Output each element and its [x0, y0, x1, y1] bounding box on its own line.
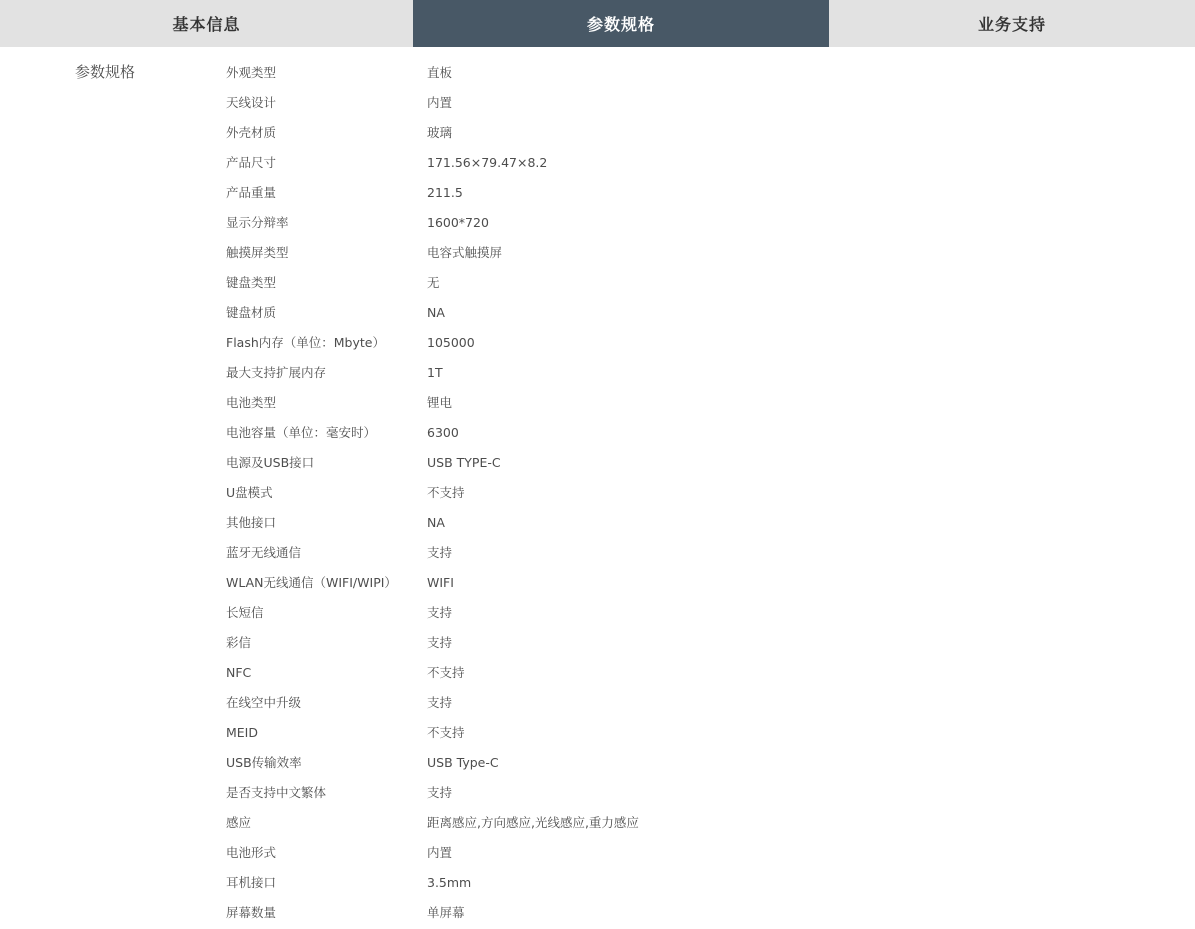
spec-label: Flash内存（单位：Mbyte） — [226, 333, 427, 351]
spec-value: NA — [427, 515, 445, 530]
spec-row: 产品尺寸171.56×79.47×8.2 — [226, 147, 1195, 177]
spec-row: 在线空中升级支持 — [226, 687, 1195, 717]
spec-row: 感应距离感应,方向感应,光线感应,重力感应 — [226, 807, 1195, 837]
spec-label: 电池类型 — [226, 393, 427, 411]
spec-label: 最大支持扩展内存 — [226, 363, 427, 381]
spec-label: 在线空中升级 — [226, 693, 427, 711]
tab-basic-info[interactable]: 基本信息 — [0, 0, 413, 47]
spec-row: 电池形式内置 — [226, 837, 1195, 867]
spec-row: 长短信支持 — [226, 597, 1195, 627]
spec-row: 电池类型锂电 — [226, 387, 1195, 417]
spec-label: 彩信 — [226, 633, 427, 651]
spec-label: 产品重量 — [226, 183, 427, 201]
spec-row: 键盘材质NA — [226, 297, 1195, 327]
spec-label: U盘模式 — [226, 483, 427, 501]
spec-value: 不支持 — [427, 663, 465, 681]
tab-business-support[interactable]: 业务支持 — [829, 0, 1195, 47]
spec-value: USB Type-C — [427, 755, 499, 770]
spec-row: 显示分辩率1600*720 — [226, 207, 1195, 237]
spec-label: 耳机接口 — [226, 873, 427, 891]
spec-label: 其他接口 — [226, 513, 427, 531]
spec-label: 键盘材质 — [226, 303, 427, 321]
spec-value: 不支持 — [427, 723, 465, 741]
spec-value: 锂电 — [427, 393, 452, 411]
spec-row: U盘模式不支持 — [226, 477, 1195, 507]
spec-value: 单屏幕 — [427, 903, 465, 921]
spec-row: USB传输效率USB Type-C — [226, 747, 1195, 777]
spec-value: USB TYPE-C — [427, 455, 501, 470]
tab-parameter-specs[interactable]: 参数规格 — [413, 0, 829, 47]
spec-label: 电池形式 — [226, 843, 427, 861]
spec-value: 直板 — [427, 63, 452, 81]
spec-value: 支持 — [427, 693, 452, 711]
spec-value: 无 — [427, 273, 440, 291]
tab-bar: 基本信息 参数规格 业务支持 — [0, 0, 1195, 47]
spec-row: MEID不支持 — [226, 717, 1195, 747]
spec-row: 外观类型直板 — [226, 57, 1195, 87]
spec-value: 211.5 — [427, 185, 463, 200]
spec-value: 支持 — [427, 603, 452, 621]
spec-value: 内置 — [427, 93, 452, 111]
spec-value: 距离感应,方向感应,光线感应,重力感应 — [427, 813, 639, 831]
spec-label: 外壳材质 — [226, 123, 427, 141]
spec-row: 电源及USB接口USB TYPE-C — [226, 447, 1195, 477]
spec-value: 玻璃 — [427, 123, 452, 141]
spec-row: 键盘类型无 — [226, 267, 1195, 297]
spec-label: USB传输效率 — [226, 753, 427, 771]
spec-value: 支持 — [427, 783, 452, 801]
spec-label: 长短信 — [226, 603, 427, 621]
spec-row: 产品重量211.5 — [226, 177, 1195, 207]
spec-label: 蓝牙无线通信 — [226, 543, 427, 561]
spec-section: 参数规格 外观类型直板天线设计内置外壳材质玻璃产品尺寸171.56×79.47×… — [0, 47, 1195, 927]
spec-value: 电容式触摸屏 — [427, 243, 502, 261]
spec-row: Flash内存（单位：Mbyte）105000 — [226, 327, 1195, 357]
spec-label: 电池容量（单位：毫安时） — [226, 423, 427, 441]
spec-value: 171.56×79.47×8.2 — [427, 155, 547, 170]
spec-value: 6300 — [427, 425, 459, 440]
spec-label: MEID — [226, 725, 427, 740]
spec-row: 天线设计内置 — [226, 87, 1195, 117]
spec-label: 屏幕数量 — [226, 903, 427, 921]
spec-label: WLAN无线通信（WIFI/WIPI） — [226, 573, 427, 591]
spec-label: NFC — [226, 665, 427, 680]
spec-row: 最大支持扩展内存1T — [226, 357, 1195, 387]
spec-label: 电源及USB接口 — [226, 453, 427, 471]
spec-row: 是否支持中文繁体支持 — [226, 777, 1195, 807]
spec-value: 105000 — [427, 335, 475, 350]
spec-row: 蓝牙无线通信支持 — [226, 537, 1195, 567]
spec-value: 1T — [427, 365, 443, 380]
spec-row: NFC不支持 — [226, 657, 1195, 687]
spec-value: 支持 — [427, 633, 452, 651]
spec-row: WLAN无线通信（WIFI/WIPI）WIFI — [226, 567, 1195, 597]
spec-row: 耳机接口3.5mm — [226, 867, 1195, 897]
spec-value: NA — [427, 305, 445, 320]
spec-row: 电池容量（单位：毫安时）6300 — [226, 417, 1195, 447]
spec-row: 彩信支持 — [226, 627, 1195, 657]
spec-label: 产品尺寸 — [226, 153, 427, 171]
spec-label: 触摸屏类型 — [226, 243, 427, 261]
spec-label: 外观类型 — [226, 63, 427, 81]
spec-row: 屏幕数量单屏幕 — [226, 897, 1195, 927]
spec-row: 触摸屏类型电容式触摸屏 — [226, 237, 1195, 267]
section-title: 参数规格 — [75, 57, 226, 87]
spec-value: 1600*720 — [427, 215, 489, 230]
spec-value: 3.5mm — [427, 875, 471, 890]
spec-label: 天线设计 — [226, 93, 427, 111]
spec-value: 支持 — [427, 543, 452, 561]
spec-row: 外壳材质玻璃 — [226, 117, 1195, 147]
spec-label: 感应 — [226, 813, 427, 831]
spec-rows: 外观类型直板天线设计内置外壳材质玻璃产品尺寸171.56×79.47×8.2产品… — [226, 57, 1195, 927]
spec-value: WIFI — [427, 575, 454, 590]
spec-value: 不支持 — [427, 483, 465, 501]
spec-value: 内置 — [427, 843, 452, 861]
spec-label: 是否支持中文繁体 — [226, 783, 427, 801]
spec-label: 显示分辩率 — [226, 213, 427, 231]
spec-row: 其他接口NA — [226, 507, 1195, 537]
spec-label: 键盘类型 — [226, 273, 427, 291]
